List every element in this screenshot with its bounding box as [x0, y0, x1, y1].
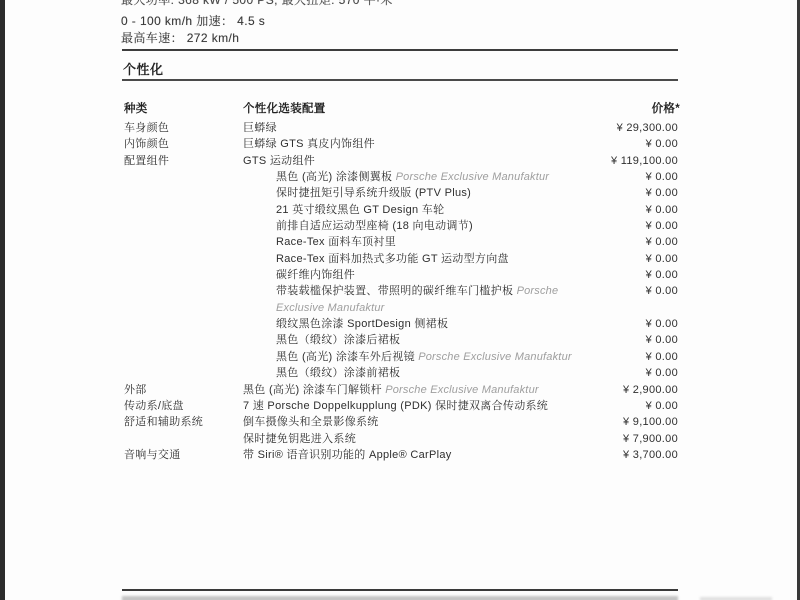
column-header-option: 个性化选装配置	[243, 100, 326, 116]
row-option: 碳纤维内饰组件	[276, 267, 656, 283]
row-price: ¥ 0.00	[646, 332, 678, 348]
row-brand-suffix: Porsche Exclusive Manufaktur	[382, 384, 539, 396]
row-price: ¥ 0.00	[646, 202, 678, 218]
row-option: 巨蟒绿 GTS 真皮内饰组件	[243, 136, 623, 152]
table-row: 保时捷免钥匙进入系统 ¥ 7,900.00	[124, 431, 680, 447]
row-price: ¥ 0.00	[646, 283, 678, 299]
table-row: 缎纹黑色涂漆 SportDesign 侧裙板 ¥ 0.00	[124, 316, 680, 332]
row-option: 黑色 (高光) 涂漆车外后视镜 Porsche Exclusive Manufa…	[276, 349, 656, 365]
table-row: Race-Tex 面料车顶衬里 ¥ 0.00	[124, 234, 680, 250]
table-row: 黑色（缎纹）涂漆前裙板 ¥ 0.00	[124, 365, 680, 381]
row-option: Race-Tex 面料车顶衬里	[276, 234, 656, 250]
bottom-divider	[122, 589, 678, 591]
section-divider-top	[122, 49, 678, 51]
row-price: ¥ 0.00	[646, 398, 678, 414]
row-price: ¥ 0.00	[646, 251, 678, 267]
table-row: 外部 黑色 (高光) 涂漆车门解锁杆 Porsche Exclusive Man…	[124, 382, 680, 398]
table-row: 碳纤维内饰组件 ¥ 0.00	[124, 267, 680, 283]
table-row: 音响与交通 带 Siri® 语音识别功能的 Apple® CarPlay ¥ 3…	[124, 447, 680, 463]
table-row: 车身颜色 巨蟒绿 ¥ 29,300.00	[124, 120, 680, 136]
row-category: 音响与交通	[124, 447, 181, 463]
section-divider-under-title	[122, 79, 678, 81]
row-brand-suffix: Porsche Exclusive Manufaktur	[415, 351, 572, 363]
section-title-personalization: 个性化	[123, 59, 164, 78]
row-option-label: 缎纹黑色涂漆 SportDesign 侧裙板	[276, 318, 448, 330]
row-option-label: 黑色 (高光) 涂漆车外后视镜	[276, 351, 415, 363]
row-option-label: 黑色（缎纹）涂漆后裙板	[276, 334, 400, 346]
row-option-label: 7 速 Porsche Doppelkupplung (PDK) 保时捷双离合传…	[243, 400, 548, 412]
row-brand-suffix: Porsche Exclusive Manufaktur	[392, 171, 549, 183]
row-option: 保时捷免钥匙进入系统	[243, 431, 623, 447]
row-option-label: 巨蟒绿	[243, 122, 277, 134]
row-category: 配置组件	[124, 153, 169, 169]
row-option-label: 带 Siri® 语音识别功能的 Apple® CarPlay	[243, 449, 452, 461]
page-left-edge	[0, 0, 5, 600]
options-table: 车身颜色 巨蟒绿 ¥ 29,300.00 内饰颜色 巨蟒绿 GTS 真皮内饰组件…	[124, 120, 680, 463]
row-category: 内饰颜色	[124, 136, 169, 152]
acceleration-line: 0 - 100 km/h 加速： 4.5 s	[121, 12, 265, 29]
row-price: ¥ 119,100.00	[611, 153, 678, 169]
row-option: 保时捷扭矩引导系统升级版 (PTV Plus)	[276, 185, 656, 201]
row-price: ¥ 0.00	[646, 316, 678, 332]
table-row: 黑色 (高光) 涂漆车外后视镜 Porsche Exclusive Manufa…	[124, 349, 680, 365]
table-row: 传动系/底盘 7 速 Porsche Doppelkupplung (PDK) …	[124, 398, 680, 414]
table-header-row: 种类 个性化选装配置 价格*	[124, 100, 680, 115]
row-option-label: GTS 运动组件	[243, 155, 315, 167]
row-option: 前排自适应运动型座椅 (18 向电动调节)	[276, 218, 656, 234]
table-row: 黑色 (高光) 涂漆侧翼板 Porsche Exclusive Manufakt…	[124, 169, 680, 185]
row-option: 带装载槛保护装置、带照明的碳纤维车门槛护板 Porsche Exclusive …	[276, 283, 568, 316]
top-speed-line: 最高车速： 272 km/h	[121, 29, 239, 46]
row-option: 黑色（缎纹）涂漆前裙板	[276, 365, 656, 381]
row-option: Race-Tex 面料加热式多功能 GT 运动型方向盘	[276, 251, 656, 267]
row-option: 倒车摄像头和全景影像系统	[243, 414, 623, 430]
row-option: 黑色 (高光) 涂漆侧翼板 Porsche Exclusive Manufakt…	[276, 169, 656, 185]
row-option-label: 倒车摄像头和全景影像系统	[243, 416, 379, 428]
row-option: 7 速 Porsche Doppelkupplung (PDK) 保时捷双离合传…	[243, 398, 623, 414]
table-row: 21 英寸缎纹黑色 GT Design 车轮 ¥ 0.00	[124, 202, 680, 218]
table-row: 配置组件 GTS 运动组件 ¥ 119,100.00	[124, 153, 680, 169]
document-page: 最大功率: 368 kW / 500 PS, 最大扭矩: 570 牛·米 0 -…	[0, 0, 800, 600]
row-option: 黑色 (高光) 涂漆车门解锁杆 Porsche Exclusive Manufa…	[243, 382, 623, 398]
row-price: ¥ 0.00	[646, 185, 678, 201]
column-header-price: 价格*	[652, 100, 680, 116]
row-option: GTS 运动组件	[243, 153, 623, 169]
row-option: 带 Siri® 语音识别功能的 Apple® CarPlay	[243, 447, 623, 463]
row-price: ¥ 9,100.00	[623, 414, 678, 430]
row-price: ¥ 7,900.00	[623, 431, 678, 447]
row-option: 缎纹黑色涂漆 SportDesign 侧裙板	[276, 316, 656, 332]
row-price: ¥ 29,300.00	[617, 120, 678, 136]
table-row: 前排自适应运动型座椅 (18 向电动调节) ¥ 0.00	[124, 218, 680, 234]
row-option-label: 黑色（缎纹）涂漆前裙板	[276, 367, 400, 379]
row-option-label: 碳纤维内饰组件	[276, 269, 355, 281]
row-option-label: 黑色 (高光) 涂漆侧翼板	[276, 171, 392, 183]
row-price: ¥ 0.00	[646, 234, 678, 250]
row-price: ¥ 0.00	[646, 365, 678, 381]
row-price: ¥ 3,700.00	[623, 447, 678, 463]
row-option-label: 保时捷扭矩引导系统升级版 (PTV Plus)	[276, 187, 471, 199]
row-option-label: 保时捷免钥匙进入系统	[243, 433, 356, 445]
row-price: ¥ 0.00	[646, 218, 678, 234]
table-row: 内饰颜色 巨蟒绿 GTS 真皮内饰组件 ¥ 0.00	[124, 136, 680, 152]
row-option-label: Race-Tex 面料车顶衬里	[276, 236, 396, 248]
table-row: 舒适和辅助系统 倒车摄像头和全景影像系统 ¥ 9,100.00	[124, 414, 680, 430]
clipped-specs-line: 最大功率: 368 kW / 500 PS, 最大扭矩: 570 牛·米	[121, 0, 393, 8]
next-section-smudge	[122, 596, 678, 600]
table-row: 保时捷扭矩引导系统升级版 (PTV Plus) ¥ 0.00	[124, 185, 680, 201]
row-option-label: 黑色 (高光) 涂漆车门解锁杆	[243, 384, 382, 396]
row-category: 外部	[124, 382, 147, 398]
row-price: ¥ 0.00	[646, 267, 678, 283]
row-option: 21 英寸缎纹黑色 GT Design 车轮	[276, 202, 656, 218]
row-option-label: 前排自适应运动型座椅 (18 向电动调节)	[276, 220, 473, 232]
row-option-label: Race-Tex 面料加热式多功能 GT 运动型方向盘	[276, 253, 509, 265]
row-option: 巨蟒绿	[243, 120, 623, 136]
row-option: 黑色（缎纹）涂漆后裙板	[276, 332, 656, 348]
row-price: ¥ 0.00	[646, 136, 678, 152]
row-option-label: 21 英寸缎纹黑色 GT Design 车轮	[276, 204, 444, 216]
table-row: 黑色（缎纹）涂漆后裙板 ¥ 0.00	[124, 332, 680, 348]
row-option-label: 带装载槛保护装置、带照明的碳纤维车门槛护板	[276, 285, 513, 297]
row-price: ¥ 0.00	[646, 169, 678, 185]
row-price: ¥ 0.00	[646, 349, 678, 365]
row-category: 车身颜色	[124, 120, 169, 136]
row-price: ¥ 2,900.00	[623, 382, 678, 398]
row-option-label: 巨蟒绿 GTS 真皮内饰组件	[243, 138, 375, 150]
row-category: 舒适和辅助系统	[124, 414, 203, 430]
table-row: Race-Tex 面料加热式多功能 GT 运动型方向盘 ¥ 0.00	[124, 251, 680, 267]
row-category: 传动系/底盘	[124, 398, 184, 414]
table-row: 带装载槛保护装置、带照明的碳纤维车门槛护板 Porsche Exclusive …	[124, 283, 680, 316]
column-header-category: 种类	[124, 100, 148, 116]
